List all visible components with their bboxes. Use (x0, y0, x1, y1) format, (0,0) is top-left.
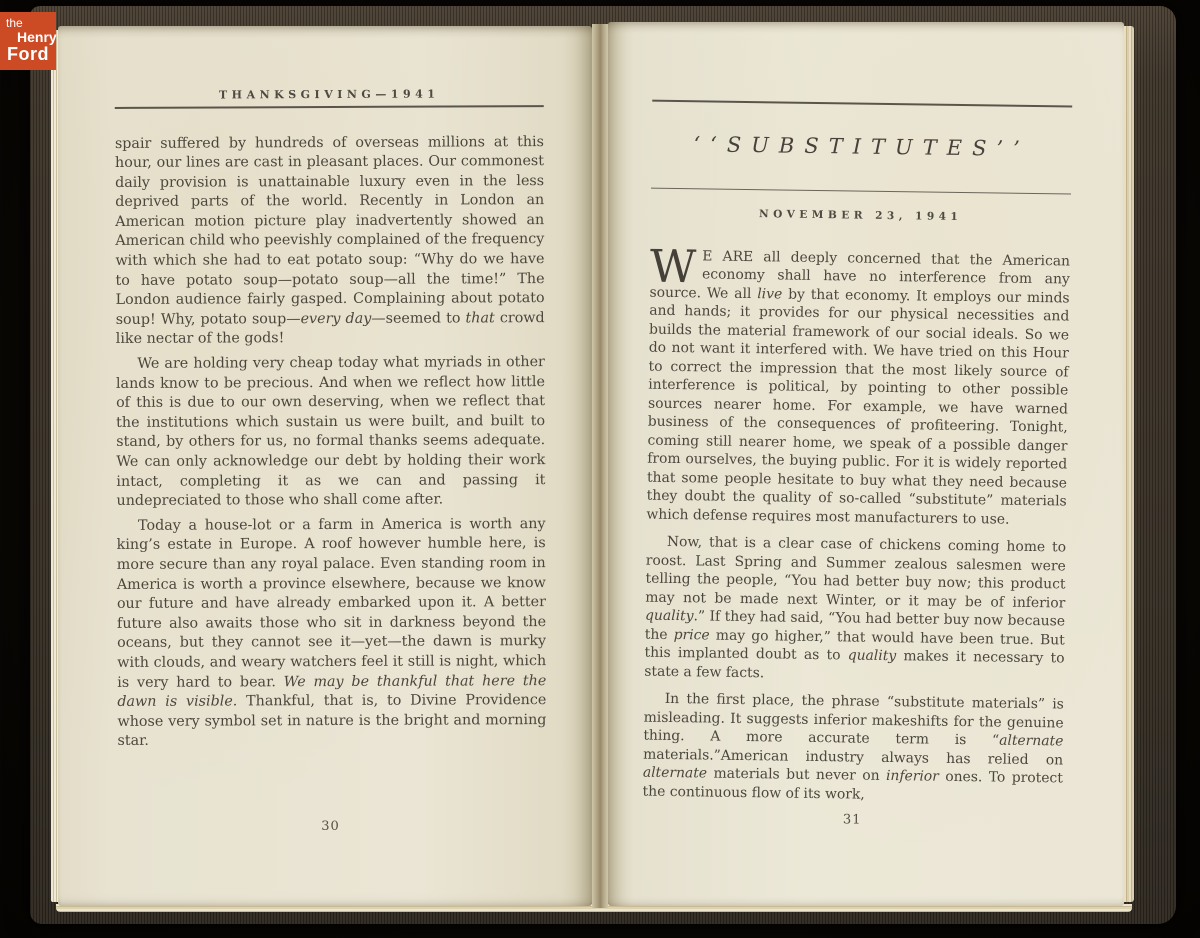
chapter-title: ‘‘SUBSTITUTES’’ (651, 131, 1071, 161)
page-number-right: 31 (642, 810, 1062, 831)
logo-text-ford: Ford (7, 45, 56, 63)
book-gutter (592, 24, 608, 908)
text-segment: live (757, 286, 782, 302)
text-segment: every day (301, 311, 372, 327)
text-segment: alternate (643, 765, 707, 782)
text-segment: materials but never on (707, 766, 886, 784)
text-segment: Today a house-lot or a farm in America i… (117, 516, 547, 691)
logo-text-the: the (6, 17, 56, 29)
paragraph: We are holding very cheap today what myr… (116, 353, 546, 512)
right-page-content: ‘‘SUBSTITUTES’’ NOVEMBER 23, 1941 WE ARE… (642, 20, 1073, 831)
text-segment: that (465, 310, 494, 326)
text-segment: quality (645, 608, 694, 625)
book-cover: THANKSGIVING—1941 spair suffered by hund… (30, 6, 1176, 924)
logo-text-henry: Henry (17, 30, 56, 44)
left-page-content: THANKSGIVING—1941 spair suffered by hund… (114, 25, 546, 757)
text-segment: by that economy. It employs our minds an… (646, 286, 1069, 527)
henry-ford-logo: the Henry Ford (0, 12, 56, 70)
right-page: ‘‘SUBSTITUTES’’ NOVEMBER 23, 1941 WE ARE… (608, 22, 1124, 906)
page-number-left: 30 (116, 819, 545, 834)
paragraph: WE ARE all deeply concerned that the Ame… (646, 246, 1070, 529)
text-segment: Now, that is a clear case of chickens co… (645, 534, 1066, 611)
paragraph: spair suffered by hundreds of overseas m… (115, 133, 545, 350)
paragraph: Now, that is a clear case of chickens co… (644, 533, 1066, 687)
right-page-text: WE ARE all deeply concerned that the Ame… (642, 246, 1070, 806)
text-segment: spair suffered by hundreds of overseas m… (115, 134, 545, 328)
left-page-text: spair suffered by hundreds of overseas m… (115, 133, 547, 752)
text-segment: inferior (886, 768, 939, 785)
text-segment: W (650, 246, 703, 283)
text-segment: quality (848, 647, 897, 664)
header-rule (115, 105, 544, 108)
chapter-mid-rule (651, 187, 1071, 194)
text-segment: alternate (999, 733, 1063, 750)
paragraph: Today a house-lot or a farm in America i… (117, 515, 547, 752)
chapter-date: NOVEMBER 23, 1941 (651, 206, 1071, 224)
text-segment: We are holding very cheap today what myr… (116, 354, 545, 509)
running-header: THANKSGIVING—1941 (115, 87, 544, 102)
page-edges-left (51, 30, 58, 902)
text-segment: —seemed to (371, 310, 465, 326)
left-page: THANKSGIVING—1941 spair suffered by hund… (58, 26, 592, 906)
paragraph: In the first place, the phrase “substitu… (642, 690, 1064, 807)
text-segment: price (674, 627, 710, 644)
text-segment: E ARE (702, 248, 753, 265)
chapter-top-rule (652, 100, 1072, 107)
page-edges-right (1124, 26, 1134, 902)
photo-background: THANKSGIVING—1941 spair suffered by hund… (0, 0, 1200, 938)
